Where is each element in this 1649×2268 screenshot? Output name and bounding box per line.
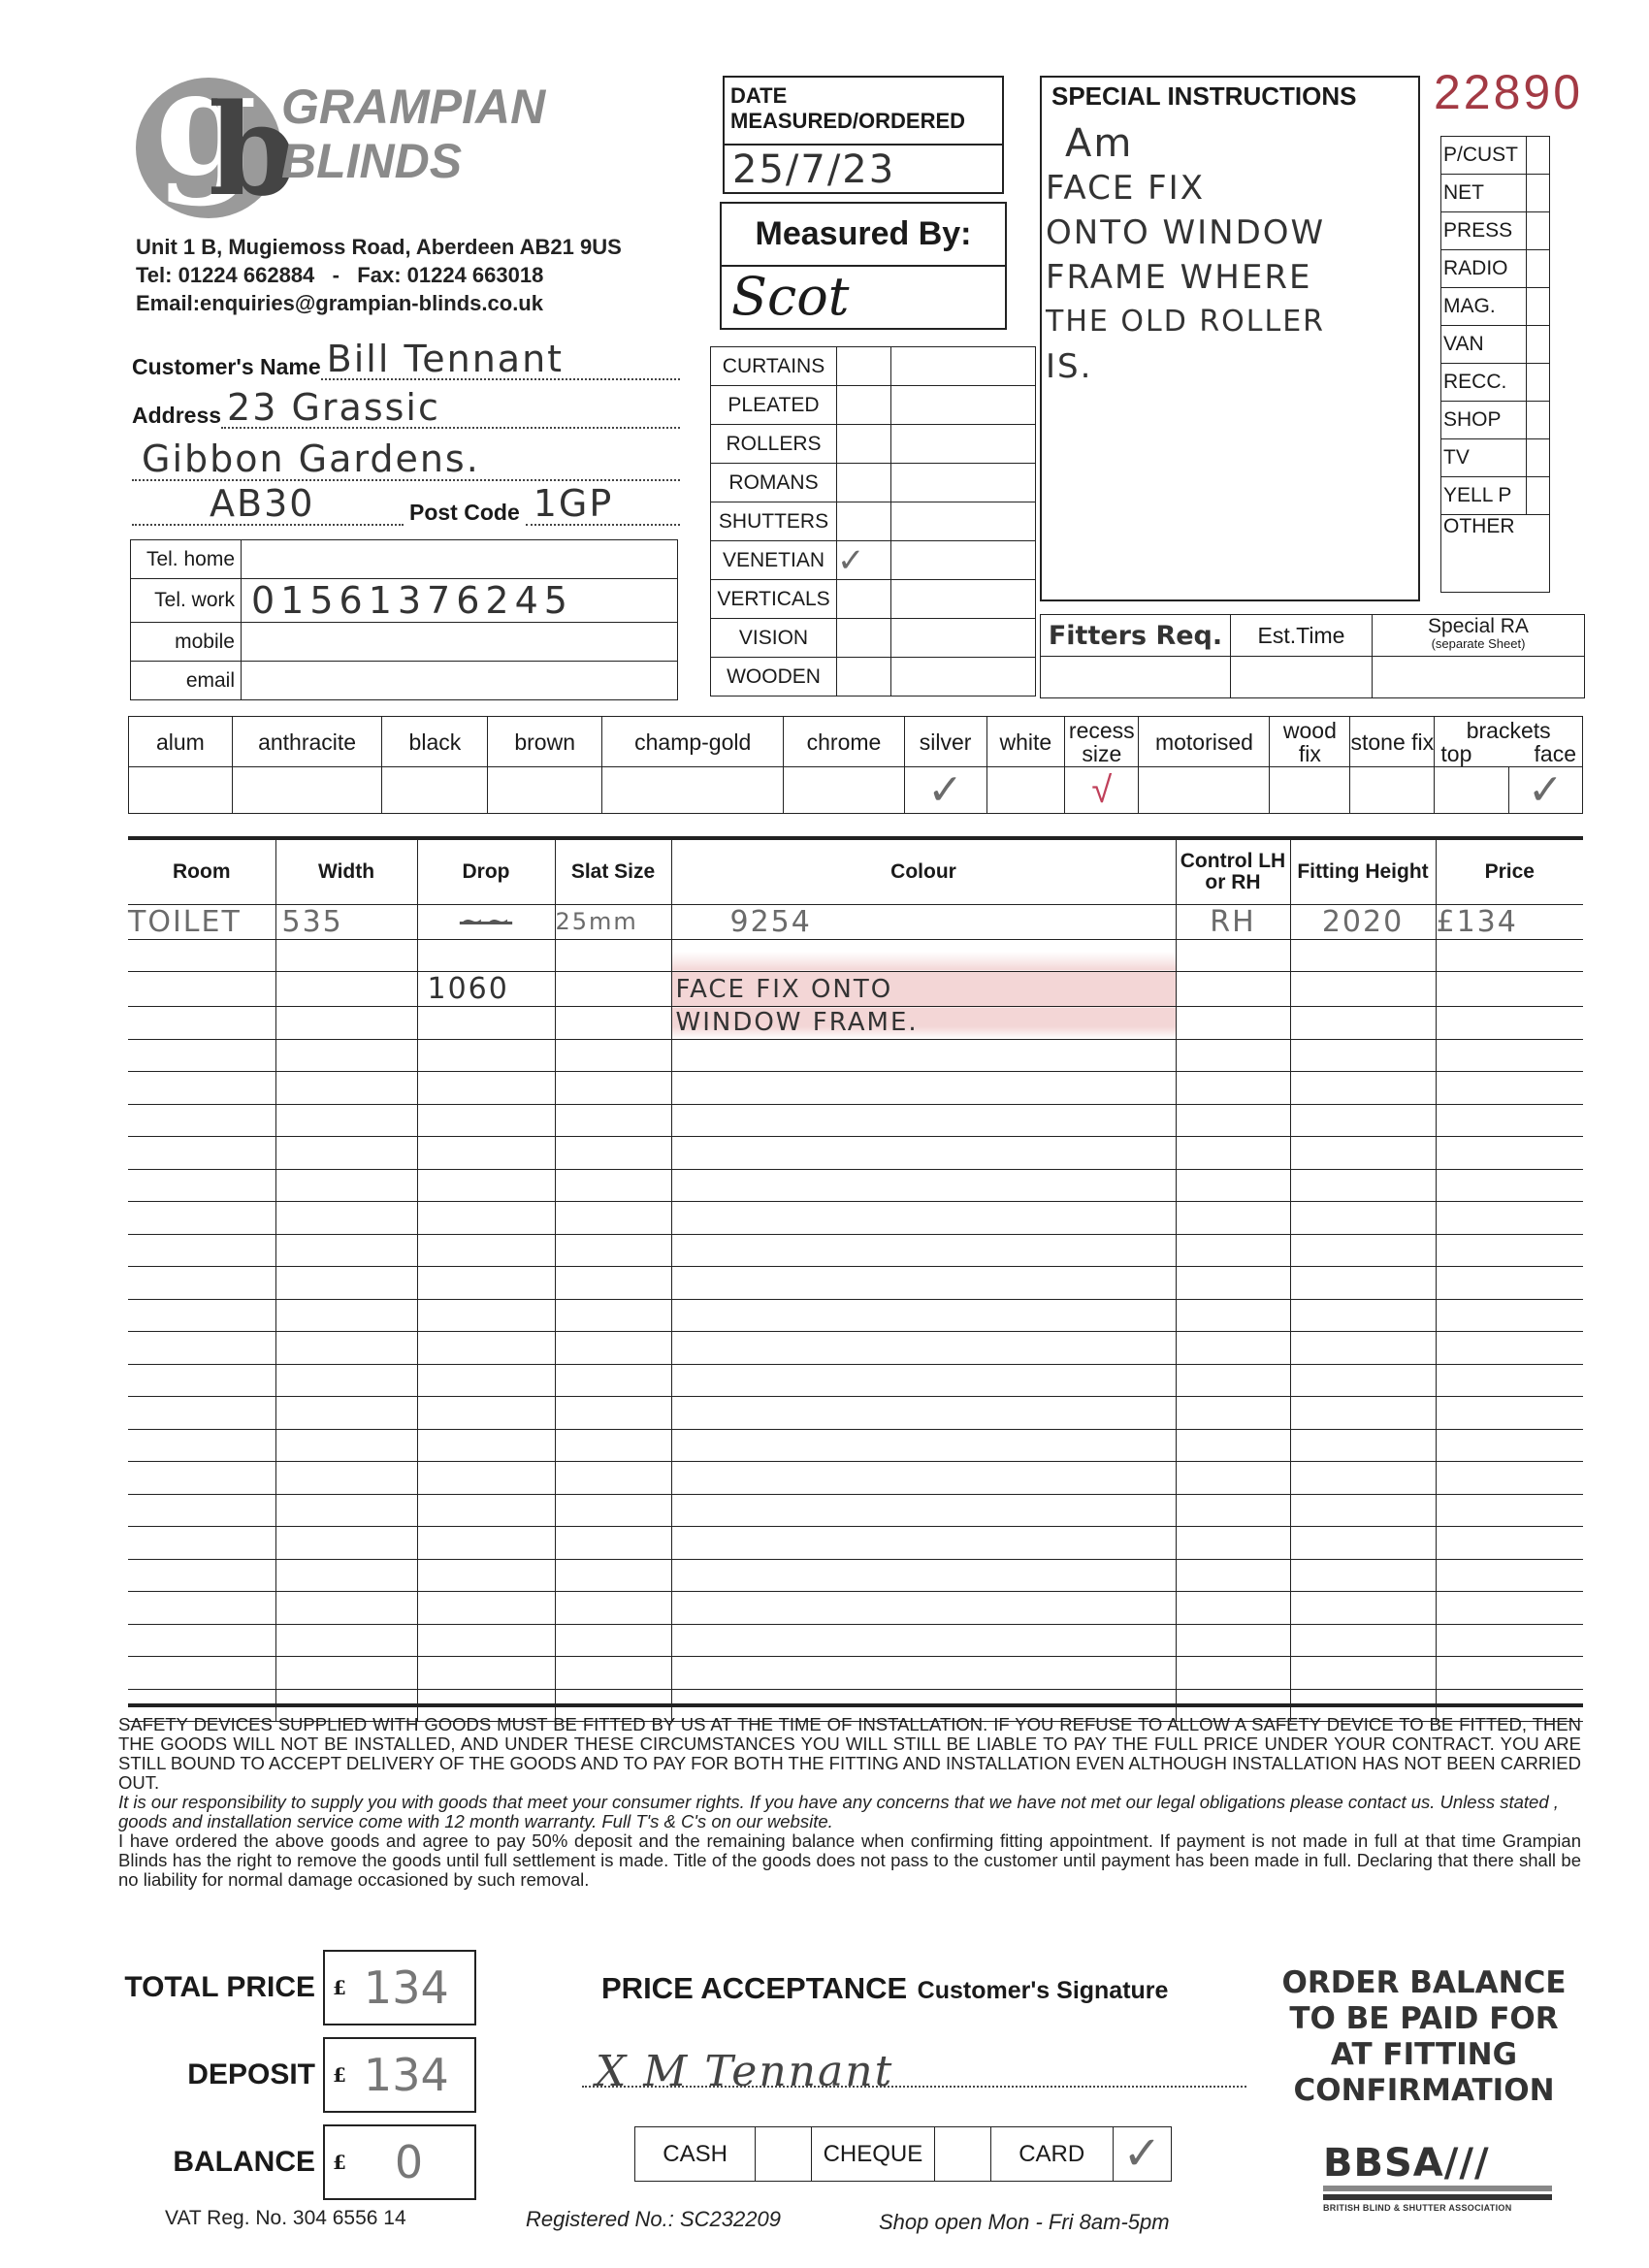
cell-price[interactable]: £134 bbox=[1436, 904, 1583, 939]
contact-label: Tel. home bbox=[131, 540, 242, 579]
cell[interactable] bbox=[1176, 1494, 1290, 1527]
cell[interactable] bbox=[1290, 1494, 1436, 1527]
product-label: ROMANS bbox=[711, 464, 837, 502]
address-line1[interactable]: 23 Grassic bbox=[221, 388, 680, 429]
cell[interactable] bbox=[275, 1559, 417, 1592]
source-label: P/CUST bbox=[1441, 137, 1527, 175]
payment-cash-checkbox[interactable] bbox=[756, 2127, 812, 2182]
cell[interactable] bbox=[671, 1527, 1176, 1560]
product-row: SHUTTERS bbox=[711, 502, 1036, 541]
fitters-req-field[interactable] bbox=[1041, 657, 1231, 698]
address-line3[interactable]: AB30 bbox=[132, 483, 404, 526]
cell[interactable] bbox=[1176, 1007, 1290, 1040]
cell[interactable] bbox=[1290, 1267, 1436, 1300]
brackets-top-checkbox[interactable] bbox=[1435, 767, 1508, 814]
cell[interactable] bbox=[128, 1072, 275, 1105]
source-checkbox[interactable] bbox=[1527, 439, 1550, 477]
cell[interactable] bbox=[417, 939, 555, 972]
cell-width[interactable]: 535 bbox=[275, 904, 417, 939]
cell[interactable] bbox=[275, 1429, 417, 1462]
cell[interactable] bbox=[417, 1267, 555, 1300]
cell-control[interactable]: RH bbox=[1176, 904, 1290, 939]
cell[interactable] bbox=[275, 1657, 417, 1690]
registered-number: Registered No.: SC232209 bbox=[526, 2207, 781, 2232]
cell[interactable] bbox=[417, 1429, 555, 1462]
table-row bbox=[128, 1527, 1583, 1560]
cell[interactable] bbox=[671, 1299, 1176, 1332]
cell[interactable] bbox=[1290, 1169, 1436, 1202]
cell[interactable] bbox=[1436, 1332, 1583, 1365]
cell[interactable] bbox=[1290, 1657, 1436, 1690]
cell[interactable] bbox=[671, 1592, 1176, 1625]
finish-checkbox[interactable] bbox=[784, 767, 904, 814]
cell[interactable] bbox=[671, 1039, 1176, 1072]
cell[interactable] bbox=[128, 1169, 275, 1202]
finish-checkbox-recess-checked[interactable]: √ bbox=[1065, 767, 1139, 814]
table-row bbox=[128, 1494, 1583, 1527]
product-notes[interactable] bbox=[891, 658, 1036, 697]
cell[interactable] bbox=[128, 1137, 275, 1170]
cell[interactable] bbox=[1436, 1299, 1583, 1332]
product-notes[interactable] bbox=[891, 580, 1036, 619]
contact-table: Tel. home Tel. work01561376245 mobile em… bbox=[130, 539, 678, 700]
signature-field[interactable]: X M Tennant bbox=[582, 2047, 1246, 2088]
cell[interactable] bbox=[555, 1559, 671, 1592]
bbsa-logo-text: BBSA/// bbox=[1323, 2144, 1552, 2183]
table-row bbox=[128, 1039, 1583, 1072]
table-row bbox=[128, 1624, 1583, 1657]
product-row: WOODEN bbox=[711, 658, 1036, 697]
total-price-field[interactable]: £ 134 bbox=[323, 1950, 476, 2025]
source-checkbox[interactable] bbox=[1527, 364, 1550, 402]
cell[interactable] bbox=[275, 1072, 417, 1105]
cell[interactable] bbox=[275, 972, 417, 1007]
product-checkbox[interactable] bbox=[837, 619, 891, 658]
postcode-value[interactable]: 1GP bbox=[526, 483, 680, 526]
cell[interactable] bbox=[1436, 1267, 1583, 1300]
cell[interactable] bbox=[1290, 1462, 1436, 1495]
cell[interactable] bbox=[275, 1494, 417, 1527]
cell[interactable] bbox=[555, 1104, 671, 1137]
special-ra-field[interactable] bbox=[1373, 657, 1585, 698]
cell[interactable] bbox=[128, 1104, 275, 1137]
cell[interactable] bbox=[555, 1234, 671, 1267]
cell[interactable] bbox=[555, 1072, 671, 1105]
cell[interactable] bbox=[417, 1397, 555, 1430]
cell[interactable] bbox=[671, 1234, 1176, 1267]
cell[interactable] bbox=[1176, 1202, 1290, 1235]
cell[interactable] bbox=[417, 1364, 555, 1397]
measured-by-value[interactable]: Scot bbox=[722, 267, 1005, 327]
cell[interactable] bbox=[555, 1397, 671, 1430]
finish-checkbox[interactable] bbox=[129, 767, 233, 814]
product-checkbox[interactable] bbox=[837, 347, 891, 386]
cell[interactable] bbox=[1290, 1332, 1436, 1365]
cell[interactable] bbox=[671, 1169, 1176, 1202]
cell[interactable] bbox=[128, 1559, 275, 1592]
cell-drop-crossed-out[interactable]: ~~ bbox=[417, 904, 555, 939]
deposit-field[interactable]: £ 134 bbox=[323, 2037, 476, 2113]
contact-row: Tel. work01561376245 bbox=[131, 579, 678, 623]
cell[interactable] bbox=[1436, 1494, 1583, 1527]
est-time-field[interactable] bbox=[1231, 657, 1373, 698]
cell[interactable] bbox=[671, 1624, 1176, 1657]
cell[interactable] bbox=[1436, 1397, 1583, 1430]
cell[interactable] bbox=[671, 1429, 1176, 1462]
table-bottom-rule bbox=[128, 1703, 1583, 1707]
cell[interactable] bbox=[275, 1104, 417, 1137]
cell[interactable] bbox=[1436, 1104, 1583, 1137]
cell[interactable] bbox=[1176, 972, 1290, 1007]
est-time-label: Est.Time bbox=[1231, 615, 1373, 657]
finish-checkbox[interactable] bbox=[1350, 767, 1435, 814]
notice-line: CONFIRMATION bbox=[1278, 2073, 1569, 2109]
cell[interactable] bbox=[555, 1527, 671, 1560]
cell[interactable] bbox=[1176, 1657, 1290, 1690]
payment-card-checkbox-checked[interactable]: ✓ bbox=[1113, 2127, 1171, 2182]
cell[interactable] bbox=[1176, 1072, 1290, 1105]
table-row bbox=[128, 1234, 1583, 1267]
cell[interactable] bbox=[555, 939, 671, 972]
finish-checkbox[interactable] bbox=[232, 767, 382, 814]
cell[interactable] bbox=[555, 1202, 671, 1235]
cell[interactable] bbox=[1176, 1169, 1290, 1202]
cell[interactable] bbox=[671, 1364, 1176, 1397]
product-notes[interactable] bbox=[891, 541, 1036, 580]
cell[interactable] bbox=[1436, 1234, 1583, 1267]
cell[interactable] bbox=[671, 1494, 1176, 1527]
cell[interactable] bbox=[275, 1137, 417, 1170]
cell[interactable] bbox=[275, 1624, 417, 1657]
cell[interactable] bbox=[1176, 1429, 1290, 1462]
order-number: 22890 bbox=[1434, 64, 1583, 120]
cell[interactable] bbox=[671, 1072, 1176, 1105]
source-label: PRESS bbox=[1441, 212, 1527, 250]
cell[interactable] bbox=[671, 1267, 1176, 1300]
table-row bbox=[128, 939, 1583, 972]
source-checkbox[interactable] bbox=[1527, 402, 1550, 439]
date-value[interactable]: 25/7/23 bbox=[725, 146, 1002, 194]
source-checkbox[interactable] bbox=[1527, 477, 1550, 515]
cell[interactable] bbox=[417, 1234, 555, 1267]
cell[interactable] bbox=[128, 1007, 275, 1040]
cell-drop[interactable]: 1060 bbox=[417, 972, 555, 1007]
cell[interactable] bbox=[1436, 1624, 1583, 1657]
cell[interactable] bbox=[555, 1624, 671, 1657]
cell[interactable] bbox=[128, 1332, 275, 1365]
cell-slat-size[interactable]: 25mm bbox=[555, 904, 671, 939]
terms-safety: SAFETY DEVICES SUPPLIED WITH GOODS MUST … bbox=[118, 1715, 1581, 1793]
product-notes[interactable] bbox=[891, 386, 1036, 425]
product-notes[interactable] bbox=[891, 502, 1036, 541]
cell[interactable] bbox=[128, 1267, 275, 1300]
source-checkbox[interactable] bbox=[1527, 250, 1550, 288]
cell[interactable] bbox=[417, 1624, 555, 1657]
table-row: 1060 FACE FIX ONTO bbox=[128, 972, 1583, 1007]
cell[interactable] bbox=[1290, 1429, 1436, 1462]
cell[interactable] bbox=[128, 1202, 275, 1235]
finish-checkbox[interactable] bbox=[1270, 767, 1350, 814]
product-notes[interactable] bbox=[891, 464, 1036, 502]
cell[interactable] bbox=[128, 1234, 275, 1267]
balance-field[interactable]: £ 0 bbox=[323, 2124, 476, 2200]
cell[interactable] bbox=[1290, 972, 1436, 1007]
cell[interactable] bbox=[275, 1592, 417, 1625]
fitters-req-label: Fitters Req. bbox=[1041, 615, 1231, 657]
product-checkbox-checked[interactable]: ✓ bbox=[837, 541, 891, 580]
cell[interactable] bbox=[555, 1299, 671, 1332]
cell[interactable] bbox=[1290, 1072, 1436, 1105]
cell[interactable] bbox=[1290, 1364, 1436, 1397]
cell-colour[interactable]: 9254 bbox=[671, 904, 1176, 939]
cell[interactable] bbox=[1176, 1397, 1290, 1430]
cell[interactable] bbox=[1436, 1039, 1583, 1072]
cell[interactable] bbox=[1436, 1462, 1583, 1495]
cell[interactable] bbox=[1290, 1592, 1436, 1625]
product-row: ROLLERS bbox=[711, 425, 1036, 464]
contact-value[interactable] bbox=[242, 540, 678, 579]
cell[interactable] bbox=[275, 1299, 417, 1332]
cell[interactable] bbox=[1290, 1039, 1436, 1072]
cell[interactable] bbox=[1290, 1527, 1436, 1560]
cell[interactable] bbox=[275, 1332, 417, 1365]
cell[interactable] bbox=[417, 1559, 555, 1592]
cell[interactable] bbox=[1176, 939, 1290, 972]
payment-cheque-label: CHEQUE bbox=[812, 2127, 934, 2182]
cell[interactable] bbox=[1290, 1202, 1436, 1235]
cell[interactable] bbox=[1290, 1299, 1436, 1332]
cell[interactable] bbox=[1290, 1234, 1436, 1267]
cell[interactable] bbox=[275, 939, 417, 972]
cell[interactable] bbox=[555, 1494, 671, 1527]
customer-name-value[interactable]: Bill Tennant bbox=[321, 340, 680, 380]
cell[interactable] bbox=[671, 1559, 1176, 1592]
cell[interactable] bbox=[417, 1137, 555, 1170]
cell[interactable] bbox=[671, 1657, 1176, 1690]
cell[interactable] bbox=[1290, 1397, 1436, 1430]
cell[interactable] bbox=[128, 939, 275, 972]
product-checkbox[interactable] bbox=[837, 386, 891, 425]
cell-fitting-height[interactable]: 2020 bbox=[1290, 904, 1436, 939]
cell[interactable] bbox=[275, 1364, 417, 1397]
cell[interactable] bbox=[417, 1072, 555, 1105]
cell[interactable] bbox=[1436, 1657, 1583, 1690]
cell[interactable] bbox=[1290, 1137, 1436, 1170]
cell[interactable] bbox=[1290, 1007, 1436, 1040]
table-row bbox=[128, 1657, 1583, 1690]
cell[interactable] bbox=[275, 1007, 417, 1040]
cell[interactable] bbox=[275, 1234, 417, 1267]
cell[interactable] bbox=[671, 1202, 1176, 1235]
source-checkbox[interactable] bbox=[1527, 326, 1550, 364]
cell[interactable] bbox=[1176, 1137, 1290, 1170]
cell[interactable] bbox=[1290, 1559, 1436, 1592]
cell[interactable] bbox=[275, 1039, 417, 1072]
totals-section: TOTAL PRICE £ 134 DEPOSIT £ 134 BALANCE … bbox=[112, 1950, 476, 2200]
cell[interactable] bbox=[128, 972, 275, 1007]
cell[interactable] bbox=[555, 1169, 671, 1202]
source-checkbox[interactable] bbox=[1527, 288, 1550, 326]
cell[interactable] bbox=[128, 1494, 275, 1527]
cell[interactable] bbox=[1176, 1039, 1290, 1072]
cell[interactable] bbox=[1176, 1462, 1290, 1495]
product-row: VERTICALS bbox=[711, 580, 1036, 619]
cell[interactable] bbox=[671, 1332, 1176, 1365]
cell[interactable] bbox=[128, 1657, 275, 1690]
cell[interactable] bbox=[1176, 1234, 1290, 1267]
cell[interactable] bbox=[555, 1429, 671, 1462]
contact-value[interactable] bbox=[242, 623, 678, 662]
product-notes[interactable] bbox=[891, 347, 1036, 386]
cell[interactable] bbox=[1176, 1332, 1290, 1365]
cell[interactable] bbox=[128, 1039, 275, 1072]
cell[interactable] bbox=[417, 1494, 555, 1527]
product-checkbox[interactable] bbox=[837, 464, 891, 502]
cell[interactable] bbox=[1176, 1267, 1290, 1300]
cell[interactable] bbox=[1436, 1429, 1583, 1462]
cell[interactable] bbox=[1436, 1137, 1583, 1170]
finish-checkbox[interactable] bbox=[986, 767, 1065, 814]
cell-colour-note[interactable]: WINDOW FRAME. bbox=[671, 1007, 1176, 1040]
contact-value[interactable]: 01561376245 bbox=[242, 579, 678, 623]
source-checkbox[interactable] bbox=[1527, 137, 1550, 175]
cell[interactable] bbox=[555, 1592, 671, 1625]
finish-checkbox[interactable] bbox=[602, 767, 784, 814]
cell[interactable] bbox=[1176, 1527, 1290, 1560]
product-notes[interactable] bbox=[891, 619, 1036, 658]
cell[interactable] bbox=[1176, 1299, 1290, 1332]
cell[interactable] bbox=[1290, 1624, 1436, 1657]
terms-agreement: I have ordered the above goods and agree… bbox=[118, 1831, 1581, 1890]
cell[interactable] bbox=[1436, 1527, 1583, 1560]
cell[interactable] bbox=[275, 1267, 417, 1300]
cell[interactable] bbox=[417, 1169, 555, 1202]
cell[interactable] bbox=[1436, 972, 1583, 1007]
cell[interactable] bbox=[671, 1137, 1176, 1170]
cell[interactable] bbox=[1436, 939, 1583, 972]
cell[interactable] bbox=[1436, 1072, 1583, 1105]
finish-checkbox[interactable] bbox=[382, 767, 488, 814]
cell[interactable] bbox=[1176, 1364, 1290, 1397]
cell[interactable] bbox=[1176, 1624, 1290, 1657]
cell[interactable] bbox=[128, 1624, 275, 1657]
cell[interactable] bbox=[417, 1527, 555, 1560]
cell[interactable] bbox=[1176, 1559, 1290, 1592]
table-row bbox=[128, 1267, 1583, 1300]
contact-label: Tel. work bbox=[131, 579, 242, 623]
cell-room[interactable]: TOILET bbox=[128, 904, 275, 939]
cell[interactable] bbox=[417, 1007, 555, 1040]
cell[interactable] bbox=[671, 1104, 1176, 1137]
finish-checkbox-silver-checked[interactable]: ✓ bbox=[904, 767, 986, 814]
brackets-label: brackets bbox=[1435, 719, 1582, 742]
finish-checkbox[interactable] bbox=[488, 767, 602, 814]
cell[interactable] bbox=[1436, 1592, 1583, 1625]
finish-checkbox[interactable] bbox=[1139, 767, 1270, 814]
cell-colour-note[interactable]: FACE FIX ONTO bbox=[671, 972, 1176, 1007]
cell[interactable] bbox=[417, 1299, 555, 1332]
cell[interactable] bbox=[671, 1462, 1176, 1495]
cell[interactable] bbox=[671, 1397, 1176, 1430]
cell[interactable] bbox=[128, 1527, 275, 1560]
product-checkbox[interactable] bbox=[837, 425, 891, 464]
currency-symbol: £ bbox=[333, 2151, 346, 2174]
cell[interactable] bbox=[275, 1397, 417, 1430]
source-checkbox[interactable] bbox=[1527, 212, 1550, 250]
cell[interactable] bbox=[128, 1429, 275, 1462]
cell[interactable] bbox=[417, 1592, 555, 1625]
cell[interactable] bbox=[128, 1299, 275, 1332]
cell[interactable] bbox=[555, 972, 671, 1007]
cell[interactable] bbox=[417, 1657, 555, 1690]
cell[interactable] bbox=[1436, 1007, 1583, 1040]
cell[interactable] bbox=[555, 1267, 671, 1300]
cell[interactable] bbox=[1176, 1592, 1290, 1625]
cell[interactable] bbox=[555, 1364, 671, 1397]
brackets-face-checkbox-checked[interactable]: ✓ bbox=[1508, 767, 1582, 814]
finish-label: alum bbox=[129, 717, 233, 767]
cell[interactable] bbox=[1436, 1559, 1583, 1592]
contact-label: mobile bbox=[131, 623, 242, 662]
cell[interactable] bbox=[417, 1462, 555, 1495]
si-line: ONTO WINDOW bbox=[1046, 211, 1424, 255]
cell[interactable] bbox=[417, 1104, 555, 1137]
cell[interactable] bbox=[128, 1592, 275, 1625]
payment-card-label: CARD bbox=[990, 2127, 1113, 2182]
cell[interactable] bbox=[555, 1332, 671, 1365]
cell[interactable] bbox=[128, 1397, 275, 1430]
cell[interactable] bbox=[555, 1007, 671, 1040]
col-width: Width bbox=[275, 840, 417, 904]
cell[interactable] bbox=[417, 1202, 555, 1235]
cell[interactable] bbox=[555, 1039, 671, 1072]
cell[interactable] bbox=[671, 939, 1176, 972]
cell[interactable] bbox=[275, 1462, 417, 1495]
cell[interactable] bbox=[555, 1657, 671, 1690]
finish-label: anthracite bbox=[232, 717, 382, 767]
cell[interactable] bbox=[1176, 1104, 1290, 1137]
cell[interactable] bbox=[417, 1332, 555, 1365]
source-row: MAG. bbox=[1441, 288, 1550, 326]
cell[interactable] bbox=[128, 1364, 275, 1397]
product-checkbox[interactable] bbox=[837, 658, 891, 697]
cell[interactable] bbox=[1290, 939, 1436, 972]
cell[interactable] bbox=[1290, 1104, 1436, 1137]
cell[interactable] bbox=[275, 1169, 417, 1202]
cell[interactable] bbox=[1436, 1202, 1583, 1235]
source-other[interactable]: OTHER bbox=[1441, 515, 1550, 593]
cell[interactable] bbox=[128, 1462, 275, 1495]
source-checkbox[interactable] bbox=[1527, 175, 1550, 212]
payment-cheque-checkbox[interactable] bbox=[934, 2127, 990, 2182]
table-row: TOILET 535 ~~ 25mm 9254 RH 2020 £134 bbox=[128, 904, 1583, 939]
product-checkbox[interactable] bbox=[837, 580, 891, 619]
cell[interactable] bbox=[275, 1527, 417, 1560]
cell[interactable] bbox=[555, 1462, 671, 1495]
cell[interactable] bbox=[417, 1039, 555, 1072]
cell[interactable] bbox=[1436, 1364, 1583, 1397]
cell[interactable] bbox=[275, 1202, 417, 1235]
address-line2[interactable]: Gibbon Gardens. bbox=[132, 438, 680, 481]
product-checkbox[interactable] bbox=[837, 502, 891, 541]
cell[interactable] bbox=[1436, 1169, 1583, 1202]
contact-value[interactable] bbox=[242, 662, 678, 700]
cell[interactable] bbox=[555, 1137, 671, 1170]
product-notes[interactable] bbox=[891, 425, 1036, 464]
source-label: YELL P bbox=[1441, 477, 1527, 515]
special-ra-header: Special RA (separate Sheet) bbox=[1373, 615, 1585, 657]
bbsa-bar bbox=[1323, 2186, 1552, 2191]
